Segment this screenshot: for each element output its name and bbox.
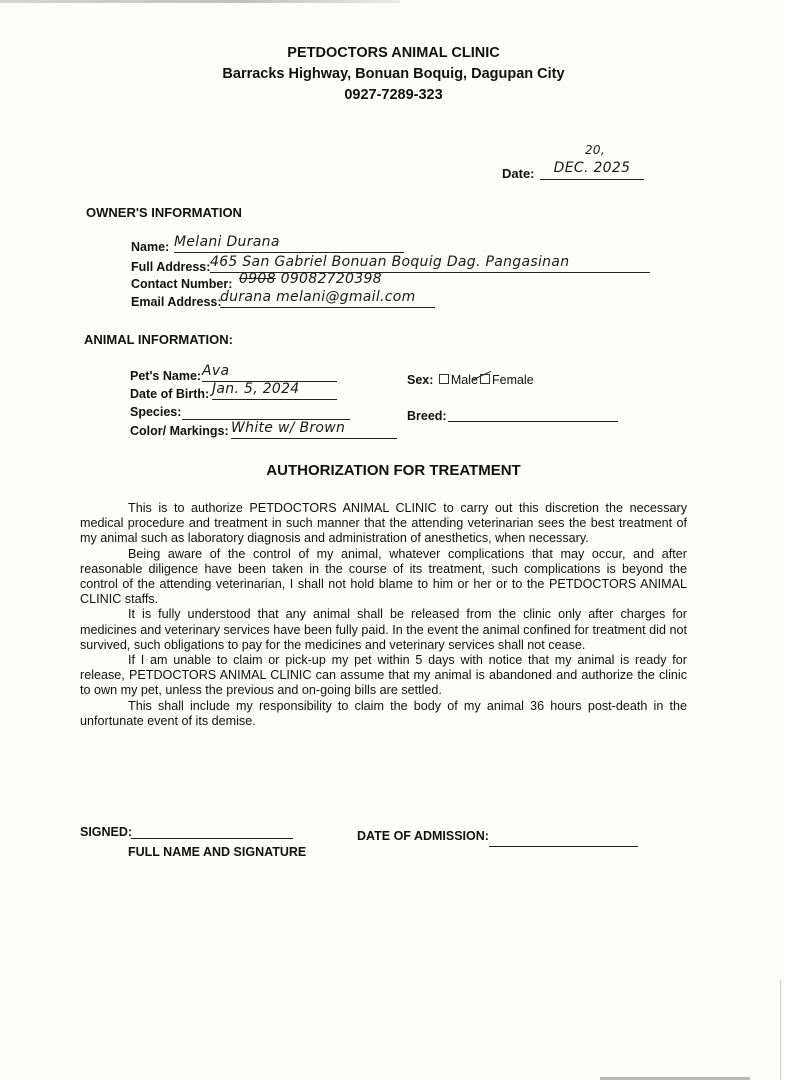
signed-label: SIGNED: [80,825,132,839]
sex-female-checkbox[interactable] [480,374,490,384]
species-field[interactable] [182,401,350,420]
sex-female-label: Female [492,373,534,387]
authorization-paragraph: This is to authorize PETDOCTORS ANIMAL C… [80,501,687,547]
species-label: Species: [130,405,181,419]
sex-field: Sex: MaleFemale [407,373,534,387]
owner-heading: OWNER'S INFORMATION [86,205,242,220]
signature-field[interactable] [131,822,293,839]
owner-contact-label: Contact Number: [131,277,232,291]
pet-name-label: Pet's Name: [130,369,201,383]
owner-name-field[interactable]: Melani Durana [174,234,404,253]
scan-edge-right [780,980,781,1080]
authorization-paragraph: It is fully understood that any animal s… [80,607,687,653]
dob-label: Date of Birth: [130,387,209,401]
animal-heading: ANIMAL INFORMATION: [84,332,233,347]
authorization-paragraph: If I am unable to claim or pick-up my pe… [80,653,687,699]
authorization-body: This is to authorize PETDOCTORS ANIMAL C… [80,501,687,729]
date-field[interactable]: DEC. 2025 [540,160,644,180]
color-field[interactable]: White w/ Brown [231,420,397,439]
owner-name-label: Name: [131,240,169,254]
owner-contact-field[interactable]: 0908 09082720398 [239,271,439,289]
authorization-paragraph: Being aware of the control of my animal,… [80,547,687,608]
date-label: Date: [502,166,535,181]
owner-address-label: Full Address: [131,260,210,274]
authorization-paragraph: This shall include my responsibility to … [80,699,687,729]
scan-edge-top [0,0,400,3]
pet-name-field[interactable]: Ava [202,363,337,382]
contact-struck-value: 0908 [239,271,276,287]
owner-email-label: Email Address: [131,295,222,309]
admission-date-field[interactable] [489,830,638,847]
breed-field[interactable] [448,405,618,422]
sex-label: Sex: [407,373,433,387]
clinic-phone: 0927-7289-323 [0,87,787,103]
signature-caption: FULL NAME AND SIGNATURE [128,845,306,859]
dob-field[interactable]: Jan. 5, 2024 [212,381,337,400]
admission-date-label: DATE OF ADMISSION: [357,829,489,843]
contact-value: 09082720398 [281,271,382,287]
sex-male-checkbox[interactable] [439,374,449,384]
owner-email-field[interactable]: durana melani@gmail.com [220,289,435,308]
color-label: Color/ Markings: [130,424,229,438]
authorization-title: AUTHORIZATION FOR TREATMENT [0,462,787,479]
clinic-address: Barracks Highway, Bonuan Boquig, Dagupan… [0,66,787,82]
date-day-value: 20, [585,143,605,157]
breed-label: Breed: [407,409,447,423]
clinic-name: PETDOCTORS ANIMAL CLINIC [0,45,787,61]
